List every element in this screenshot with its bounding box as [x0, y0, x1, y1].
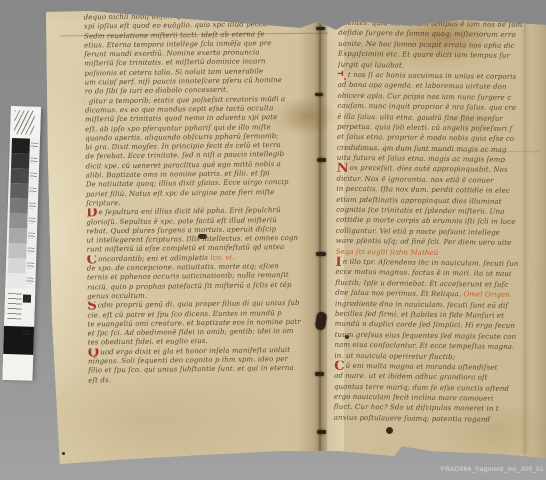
body-text: Expgiſcimini etc. Et quare dicit iam tem… [338, 50, 510, 60]
speck [62, 452, 65, 455]
body-text: et ſalus etna. proprior ē modo nobis qui… [337, 133, 514, 143]
body-text: ſcientes. quia hora ē iam tempus ē iam n… [338, 19, 522, 29]
body-text: raciū. quin p prophas patefactū ſit miſt… [87, 281, 292, 291]
calibration-patch [7, 273, 25, 289]
speck [386, 427, 393, 434]
parchment-sheet: dequo nichil nobiſ deſer. Quod aūt ſubti… [0, 0, 546, 480]
illuminated-initial: S [87, 304, 97, 310]
body-text: runt miſteriū iā eſse completū et manife… [87, 243, 285, 253]
body-text: ecce motus magnus. factus ē in mari. ita… [335, 268, 511, 278]
body-text: um cuipſ perf. niſi paucis innoteſcere p… [85, 76, 283, 86]
calibration-patch-column [5, 138, 40, 289]
calibration-patch [9, 228, 27, 244]
rubric-tail: Omel Origen [461, 290, 510, 299]
body-text: cognitio ſce trinitatis et ſplendor miſt… [336, 206, 504, 216]
right-text-column: ſcientes. quia hora ē iam tempus ē iam n… [334, 18, 546, 426]
illuminated-initial: C [334, 364, 345, 370]
illuminated-initial: I [85, 98, 88, 104]
body-text: nam eius conſoclantur. Et ecce tempeſtas… [334, 341, 514, 351]
manuscript-line: anxius poſtulauere ſuamq; potentia rogan… [334, 413, 546, 426]
body-text: n illo tpr. Aſcendens ihc in nauiculam. … [343, 258, 519, 268]
calibration-patch [10, 198, 28, 214]
body-text: dicitur. Nox ē ignorantia. nox etiā ē co… [336, 175, 493, 185]
grayscale-calibration-strip [2, 106, 41, 379]
body-text: ro do ſibi ſe iuri eo diabolo concesseri… [85, 86, 229, 96]
body-text: cottidie p morte corpis ab erumnis iſti … [336, 216, 516, 226]
body-text: ſcripture. [86, 199, 121, 207]
body-text: becilles ſed firmi. et ſtabiles in fide … [335, 310, 504, 320]
body-text: colligantur. Vel etiā p nocte poſsunt in… [336, 227, 500, 237]
body-text: fluct. Cur hoc? Sdo ut diſcipulos monere… [334, 403, 499, 413]
calibration-patch [8, 243, 26, 259]
body-text: in peccatis. Iſta nox dum. perdit cottid… [336, 185, 510, 195]
body-text: mundū n duplici corde ſed ſimplici. Hi e… [335, 320, 515, 330]
body-text: oncordantib; eni et adimpletis [98, 254, 208, 263]
body-text: uanite. Ne hoc ſomno pcapit errata nos a… [338, 39, 515, 49]
body-text: filio et ſpu ſco. qui unius ſubſtantie ſ… [88, 364, 294, 375]
body-text: ad mare. ut et ibidem adhuc grandiora oſ… [334, 372, 488, 382]
body-text: tuum greſsus eius ſequentes ſed magis ſe… [335, 330, 517, 340]
body-text: etiam pdeſtinatis appropinquat dies illu… [336, 195, 502, 205]
illuminated-initial: Q [88, 350, 100, 356]
illuminated-initial: I [335, 260, 341, 266]
filename-watermark: FRAD066_fragment_ms_309_01 [441, 466, 544, 473]
body-text: eſt ds. [88, 376, 111, 384]
left-text-column: dequo nichil nobiſ deſer. Quod aūt ſubti… [84, 11, 327, 386]
calibration-patch [12, 138, 30, 154]
body-text: deſidie ſurgere de ſomno quoq; miſterior… [338, 29, 516, 39]
body-text: ingrediente dno in nauiculam. ſecuti ſun… [335, 299, 508, 309]
body-text: ſurgit qui lauabat. [338, 60, 404, 69]
body-text: ware pſentis uſq; ad finē ſcli. Per diem… [336, 237, 512, 247]
manuscript-photo: dequo nichil nobiſ deſer. Quod aūt ſubti… [0, 0, 546, 480]
body-text: genus occultum. [87, 292, 147, 301]
body-text: dequo nichil nobiſ deſer. Quod aūt ſubti… [84, 11, 279, 21]
calibration-patch [11, 153, 29, 169]
illuminated-initial: N [337, 166, 349, 172]
body-text: et ſpc ſci. Ad obedimonē fidei in omib; … [88, 327, 294, 338]
body-text: ox preceſsit. dies autē appropinquabit. … [350, 164, 508, 174]
body-text: quantus terre mariq; dum ſe eſse cunctis… [334, 382, 509, 392]
body-text: ū eni multa magna et miranda oſtendiſset [346, 362, 498, 372]
illuminated-initial: D [86, 211, 97, 217]
body-text: ad bona opa agenda. et laboremus uirtute… [338, 81, 507, 91]
body-text: ergo nauiculam fecit inclina mare comoue… [334, 393, 494, 403]
calibration-strip-text-area [4, 288, 35, 327]
body-text: in. ut nauicula operiretur fluctib; [334, 351, 455, 360]
body-text: anxius poſtulauere ſuamq; potentia rogan… [334, 414, 491, 424]
calibration-strip-label-tab [10, 106, 41, 139]
body-text: pariet filiū. Natus eſt xpc de uirgine p… [86, 188, 275, 198]
body-text: ē illa ſalus. uita etna. gaudiū ſine fin… [337, 112, 503, 122]
body-text: cauſam. nunc inquit proprior ē nra ſalus… [337, 102, 516, 112]
calibration-patch [8, 258, 26, 274]
body-text: dne ſalua nos perimus. Et Reliqua. [335, 289, 461, 299]
calibration-patch [11, 168, 29, 184]
body-text: uita futura et ſalus etna. magis ac magi… [337, 154, 505, 164]
calibration-mini-square [23, 294, 31, 302]
calibration-white-patch [2, 354, 33, 381]
body-text: obicere aplo. Cur pcipis nos iam nunc ſu… [337, 91, 511, 101]
rubric-text: Seqa ſci euglii ſcdm Matheū [336, 247, 439, 256]
calibration-patch [9, 213, 27, 229]
illuminated-initial: C [87, 257, 98, 263]
body-text: perpetua. quia ſoli electi. cū angelis p… [337, 123, 512, 133]
calibration-patch [10, 183, 28, 199]
body-text: tes obediunt fidei. et euglio eius. [88, 337, 208, 346]
body-text: credidimus. qm dum ſunt mundi magis ac m… [337, 143, 507, 153]
calibration-density-patch [3, 326, 34, 355]
illuminated-initial: E [338, 72, 347, 78]
stitch-hole [317, 430, 326, 434]
body-text: fluctib; Ipſe u dormiebat. Et acceſserun… [335, 278, 508, 288]
body-text: t nos ſi ac bonis uacuimus in unius et c… [348, 71, 516, 81]
rubric-tail: lco. vi. [208, 253, 234, 261]
